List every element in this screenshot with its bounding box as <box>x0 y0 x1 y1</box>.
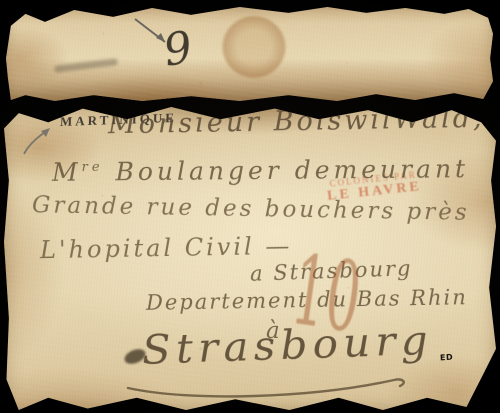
letter-flap-strip: 9 <box>6 4 493 103</box>
seal-stain <box>222 16 286 78</box>
signature-flourish <box>122 372 422 400</box>
manuscript-rate-9: 9 <box>160 22 196 77</box>
address-line-street: Grande rue des bouchers près <box>32 192 470 226</box>
annotation-arrow-icon <box>20 118 62 158</box>
address-line-recipient: Monsieur BoiswilWald, <box>108 103 485 141</box>
address-line-2-rest: Boulanger demeurant <box>103 154 469 186</box>
address-line-city-large: Strasbourg <box>141 318 433 374</box>
ink-smudge <box>54 58 118 73</box>
address-line-2: Mre Boulanger demeurant <box>52 154 469 187</box>
auction-photo-cover: 9 MARTINIQUE COLONIES PAR LE HAVRE Monsi… <box>0 0 500 413</box>
expert-mark: ED <box>440 353 454 363</box>
letter-cover-front: MARTINIQUE COLONIES PAR LE HAVRE Monsieu… <box>4 104 496 410</box>
address-line-hospital: L'hopital Civil — <box>40 232 293 264</box>
address-line-2-sup: re <box>82 160 104 175</box>
address-line-2-m: M <box>52 158 82 187</box>
